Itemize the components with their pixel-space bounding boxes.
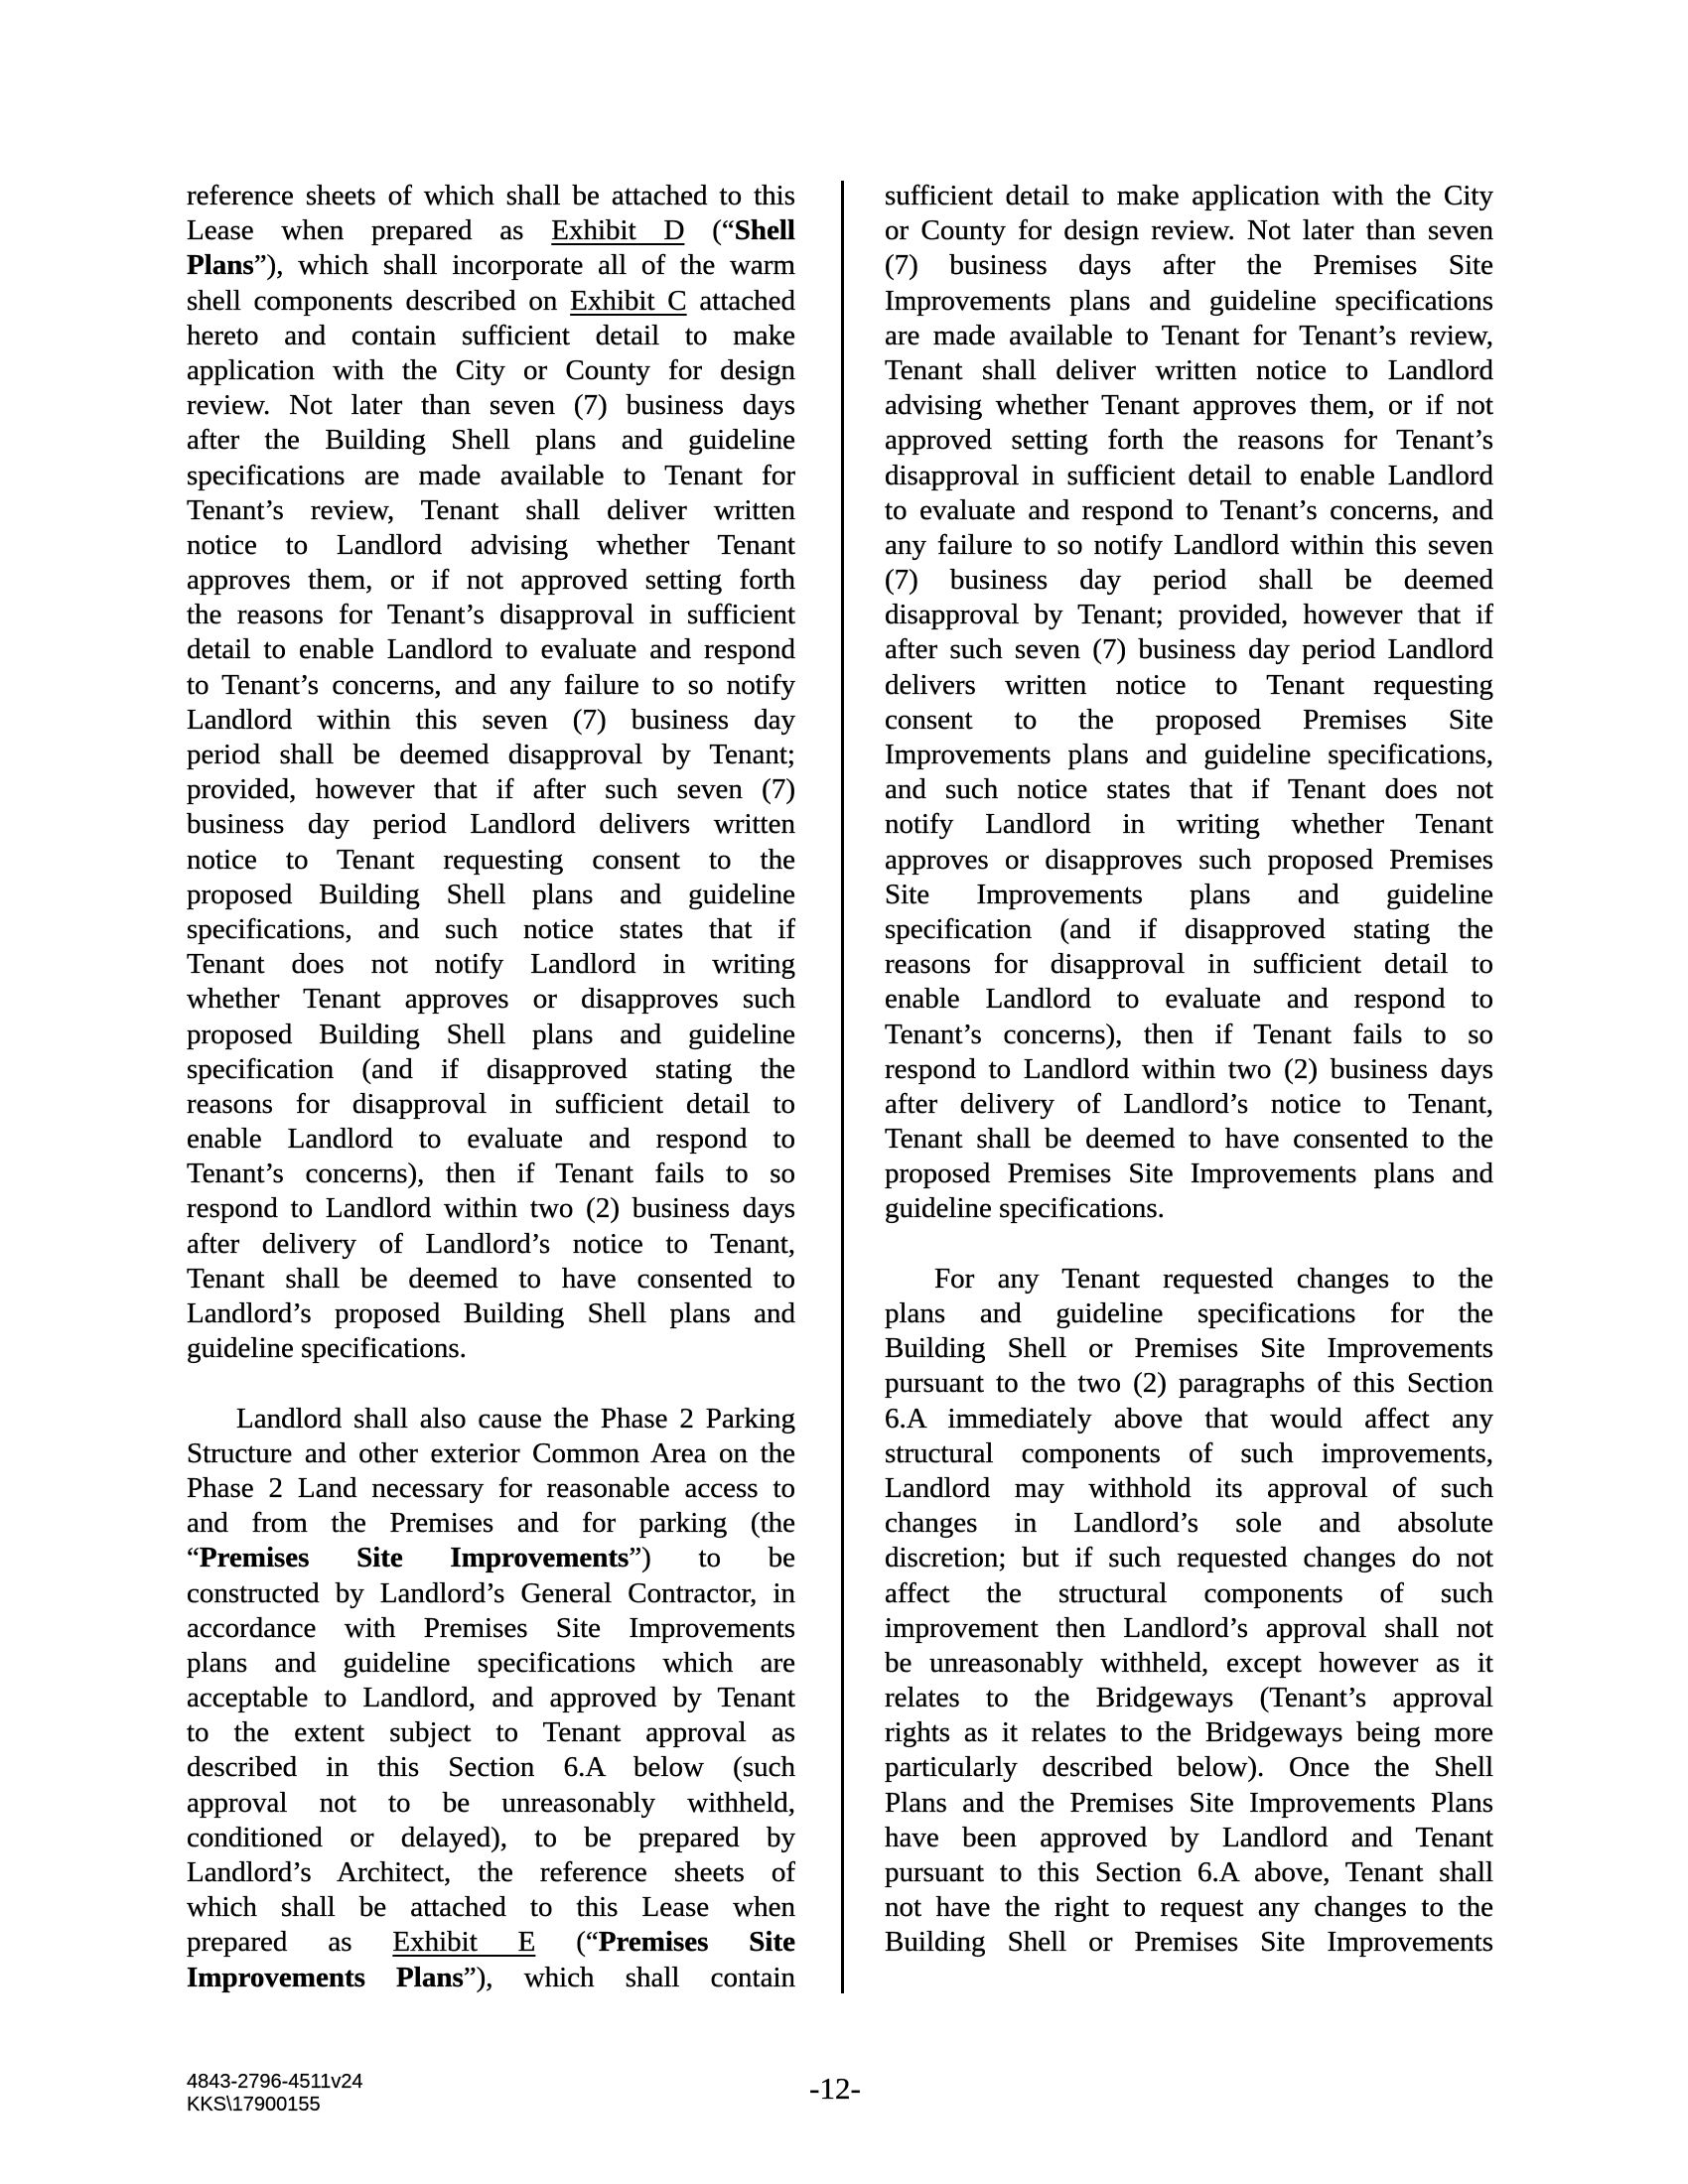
text-line: Site Improvements plans and guideline: [885, 878, 1493, 912]
text-line: approves or disapproves such proposed Pr…: [885, 843, 1493, 878]
text-segment: changes in Landlord’s sole and absolute: [885, 1507, 1493, 1539]
text-segment: Building Shell or Premises Site Improvem…: [885, 1926, 1493, 1958]
underlined-text: Exhibit D: [551, 214, 684, 246]
text-line: (7) business day period shall be deemed: [885, 563, 1493, 598]
text-line: be unreasonably withheld, except however…: [885, 1646, 1493, 1681]
text-line: review. Not later than seven (7) busines…: [187, 388, 795, 423]
text-segment: which shall be attached to this Lease wh…: [187, 1891, 795, 1923]
text-segment: Site Improvements plans and guideline: [885, 879, 1493, 910]
text-line: after such seven (7) business day period…: [885, 632, 1493, 667]
text-segment: reference sheets of which shall be attac…: [187, 180, 795, 211]
text-line: delivers written notice to Tenant reques…: [885, 668, 1493, 703]
text-segment: after the Building Shell plans and guide…: [187, 424, 795, 456]
text-segment: shell components described on: [187, 285, 570, 317]
text-segment: application with the City or County for …: [187, 354, 795, 386]
text-segment: provided, however that if after such sev…: [187, 773, 795, 805]
text-line: Improvements plans and guideline specifi…: [885, 284, 1493, 319]
text-line: constructed by Landlord’s General Contra…: [187, 1576, 795, 1611]
text-line: specification (and if disapproved statin…: [187, 1052, 795, 1087]
text-line: disapproval by Tenant; provided, however…: [885, 598, 1493, 632]
text-line: business day period Landlord delivers wr…: [187, 807, 795, 842]
text-line: Tenant shall be deemed to have consented…: [885, 1122, 1493, 1157]
text-line: Tenant’s concerns), then if Tenant fails…: [187, 1157, 795, 1191]
text-line: Landlord within this seven (7) business …: [187, 703, 795, 738]
text-segment: sufficient detail to make application wi…: [885, 180, 1493, 211]
page-number: -12-: [0, 2071, 1670, 2107]
text-segment: Landlord within this seven (7) business …: [187, 704, 795, 736]
text-line: notice to Tenant requesting consent to t…: [187, 843, 795, 878]
text-line: or County for design review. Not later t…: [885, 213, 1493, 248]
text-line: Tenant does not notify Landlord in writi…: [187, 947, 795, 982]
text-line: respond to Landlord within two (2) busin…: [187, 1191, 795, 1226]
text-line: after delivery of Landlord’s notice to T…: [187, 1227, 795, 1262]
text-segment: (7) business days after the Premises Sit…: [885, 249, 1493, 281]
text-segment: plans and guideline specifications for t…: [885, 1297, 1493, 1329]
text-segment: specification (and if disapproved statin…: [187, 1053, 795, 1085]
text-line: whether Tenant approves or disapproves s…: [187, 982, 795, 1017]
column-divider: [841, 181, 844, 1993]
text-segment: not have the right to request any change…: [885, 1891, 1493, 1923]
text-segment: whether Tenant approves or disapproves s…: [187, 983, 795, 1015]
text-segment: pursuant to the two (2) paragraphs of th…: [885, 1367, 1493, 1399]
text-line: Improvements plans and guideline specifi…: [885, 738, 1493, 772]
text-segment: disapproval in sufficient detail to enab…: [885, 460, 1493, 491]
text-line: specifications are made available to Ten…: [187, 459, 795, 493]
text-segment: Structure and other exterior Common Area…: [187, 1437, 795, 1469]
text-line: proposed Building Shell plans and guidel…: [187, 1018, 795, 1052]
text-line: Landlord’s Architect, the reference shee…: [187, 1855, 795, 1890]
paragraph: Landlord shall also cause the Phase 2 Pa…: [187, 1402, 795, 1995]
text-line: application with the City or County for …: [187, 353, 795, 388]
text-line: hereto and contain sufficient detail to …: [187, 319, 795, 353]
text-line: improvement then Landlord’s approval sha…: [885, 1611, 1493, 1646]
text-line: For any Tenant requested changes to the: [885, 1262, 1493, 1297]
text-line: Phase 2 Land necessary for reasonable ac…: [187, 1471, 795, 1506]
text-line: Building Shell or Premises Site Improvem…: [885, 1331, 1493, 1366]
text-line: to evaluate and respond to Tenant’s conc…: [885, 493, 1493, 528]
text-line: (7) business days after the Premises Sit…: [885, 248, 1493, 283]
text-line: guideline specifications.: [187, 1331, 795, 1366]
text-line: Building Shell or Premises Site Improvem…: [885, 1925, 1493, 1960]
bold-text: Premises Site: [599, 1926, 795, 1958]
text-segment: notice to Tenant requesting consent to t…: [187, 844, 795, 876]
text-segment: specifications, and such notice states t…: [187, 913, 795, 945]
text-segment: enable Landlord to evaluate and respond …: [187, 1123, 795, 1155]
text-segment: particularly described below). Once the …: [885, 1751, 1493, 1783]
text-segment: after delivery of Landlord’s notice to T…: [885, 1088, 1493, 1120]
text-segment: are made available to Tenant for Tenant’…: [885, 320, 1493, 351]
text-line: Improvements Plans”), which shall contai…: [187, 1961, 795, 1995]
text-line: acceptable to Landlord, and approved by …: [187, 1681, 795, 1715]
text-segment: (“: [535, 1926, 598, 1958]
text-segment: respond to Landlord within two (2) busin…: [187, 1192, 795, 1224]
text-segment: proposed Premises Site Improvements plan…: [885, 1158, 1493, 1189]
text-line: 6.A immediately above that would affect …: [885, 1402, 1493, 1436]
bold-text: Premises Site Improvements: [200, 1542, 629, 1573]
text-line: which shall be attached to this Lease wh…: [187, 1890, 795, 1925]
text-line: proposed Premises Site Improvements plan…: [885, 1157, 1493, 1191]
text-segment: (7) business day period shall be deemed: [885, 564, 1493, 596]
right-column: sufficient detail to make application wi…: [885, 179, 1493, 1961]
text-segment: approves or disapproves such proposed Pr…: [885, 844, 1493, 876]
document-page: reference sheets of which shall be attac…: [0, 0, 1688, 2184]
text-segment: Landlord shall also cause the Phase 2 Pa…: [236, 1403, 795, 1434]
text-line: specifications, and such notice states t…: [187, 912, 795, 947]
text-segment: conditioned or delayed), to be prepared …: [187, 1822, 795, 1853]
text-segment: have been approved by Landlord and Tenan…: [885, 1822, 1493, 1853]
text-segment: after delivery of Landlord’s notice to T…: [187, 1228, 795, 1260]
text-segment: rights as it relates to the Bridgeways b…: [885, 1716, 1493, 1748]
text-segment: For any Tenant requested changes to the: [934, 1263, 1493, 1295]
text-segment: Tenant shall be deemed to have consented…: [885, 1123, 1493, 1155]
text-segment: pursuant to this Section 6.A above, Tena…: [885, 1856, 1493, 1888]
text-segment: delivers written notice to Tenant reques…: [885, 669, 1493, 701]
text-line: to the extent subject to Tenant approval…: [187, 1715, 795, 1750]
text-segment: approves them, or if not approved settin…: [187, 564, 795, 596]
text-line: changes in Landlord’s sole and absolute: [885, 1506, 1493, 1541]
text-line: guideline specifications.: [885, 1191, 1493, 1226]
text-segment: notice to Landlord advising whether Tena…: [187, 529, 795, 561]
text-segment: described in this Section 6.A below (suc…: [187, 1751, 795, 1783]
text-line: discretion; but if such requested change…: [885, 1541, 1493, 1575]
text-segment: Landlord’s Architect, the reference shee…: [187, 1856, 795, 1888]
text-segment: constructed by Landlord’s General Contra…: [187, 1577, 795, 1609]
text-segment: to Tenant’s concerns, and any failure to…: [187, 669, 795, 701]
text-segment: Lease when prepared as: [187, 214, 551, 246]
text-line: conditioned or delayed), to be prepared …: [187, 1821, 795, 1855]
text-segment: approved setting forth the reasons for T…: [885, 424, 1493, 456]
text-segment: after such seven (7) business day period…: [885, 633, 1493, 665]
text-line: shell components described on Exhibit C …: [187, 284, 795, 319]
text-line: relates to the Bridgeways (Tenant’s appr…: [885, 1681, 1493, 1715]
text-segment: structural components of such improvemen…: [885, 1437, 1493, 1469]
text-segment: and from the Premises and for parking (t…: [187, 1507, 795, 1539]
text-segment: be unreasonably withheld, except however…: [885, 1647, 1493, 1679]
text-line: after the Building Shell plans and guide…: [187, 423, 795, 458]
text-segment: to the extent subject to Tenant approval…: [187, 1716, 795, 1748]
text-segment: improvement then Landlord’s approval sha…: [885, 1612, 1493, 1644]
text-line: Tenant’s review, Tenant shall deliver wr…: [187, 493, 795, 528]
text-line: Structure and other exterior Common Area…: [187, 1436, 795, 1471]
text-segment: discretion; but if such requested change…: [885, 1542, 1493, 1573]
text-line: structural components of such improvemen…: [885, 1436, 1493, 1471]
text-line: have been approved by Landlord and Tenan…: [885, 1821, 1493, 1855]
text-segment: Plans and the Premises Site Improvements…: [885, 1787, 1493, 1819]
text-segment: respond to Landlord within two (2) busin…: [885, 1053, 1493, 1085]
text-line: any failure to so notify Landlord within…: [885, 528, 1493, 563]
text-segment: acceptable to Landlord, and approved by …: [187, 1682, 795, 1713]
text-line: approves them, or if not approved settin…: [187, 563, 795, 598]
text-segment: approval not to be unreasonably withheld…: [187, 1787, 795, 1819]
paragraph: reference sheets of which shall be attac…: [187, 179, 795, 1366]
text-segment: ”), which shall incorporate all of the w…: [254, 249, 795, 281]
text-line: provided, however that if after such sev…: [187, 772, 795, 807]
bold-text: Improvements Plans: [187, 1962, 464, 1993]
text-segment: guideline specifications.: [885, 1192, 1165, 1224]
bold-text: Shell: [735, 214, 795, 246]
text-line: period shall be deemed disapproval by Te…: [187, 738, 795, 772]
text-segment: review. Not later than seven (7) busines…: [187, 389, 795, 421]
text-line: rights as it relates to the Bridgeways b…: [885, 1715, 1493, 1750]
text-segment: specification (and if disapproved statin…: [885, 913, 1493, 945]
text-segment: Tenant’s review, Tenant shall deliver wr…: [187, 494, 795, 526]
text-line: pursuant to the two (2) paragraphs of th…: [885, 1366, 1493, 1401]
text-line: specification (and if disapproved statin…: [885, 912, 1493, 947]
text-segment: detail to enable Landlord to evaluate an…: [187, 633, 795, 665]
text-segment: Tenant’s concerns), then if Tenant fails…: [885, 1019, 1493, 1050]
paragraph: For any Tenant requested changes to thep…: [885, 1262, 1493, 1961]
text-line: prepared as Exhibit E (“Premises Site: [187, 1925, 795, 1960]
text-segment: proposed Building Shell plans and guidel…: [187, 879, 795, 910]
text-line: advising whether Tenant approves them, o…: [885, 388, 1493, 423]
text-line: and from the Premises and for parking (t…: [187, 1506, 795, 1541]
text-segment: the reasons for Tenant’s disapproval in …: [187, 599, 795, 630]
text-segment: affect the structural components of such: [885, 1577, 1493, 1609]
text-segment: accordance with Premises Site Improvemen…: [187, 1612, 795, 1644]
text-line: Landlord may withhold its approval of su…: [885, 1471, 1493, 1506]
text-segment: guideline specifications.: [187, 1332, 467, 1364]
text-segment: Improvements plans and guideline specifi…: [885, 739, 1493, 770]
text-line: notify Landlord in writing whether Tenan…: [885, 807, 1493, 842]
text-segment: ”), which shall contain: [464, 1962, 795, 1993]
text-line: reasons for disapproval in sufficient de…: [885, 947, 1493, 982]
text-segment: enable Landlord to evaluate and respond …: [885, 983, 1493, 1015]
text-segment: prepared as: [187, 1926, 392, 1958]
text-segment: Tenant shall deliver written notice to L…: [885, 354, 1493, 386]
text-line: disapproval in sufficient detail to enab…: [885, 459, 1493, 493]
text-line: consent to the proposed Premises Site: [885, 703, 1493, 738]
underlined-text: Exhibit E: [392, 1926, 535, 1958]
text-line: reasons for disapproval in sufficient de…: [187, 1087, 795, 1122]
text-segment: or County for design review. Not later t…: [885, 214, 1493, 246]
underlined-text: Exhibit C: [570, 285, 687, 317]
text-line: Plans”), which shall incorporate all of …: [187, 248, 795, 283]
text-segment: advising whether Tenant approves them, o…: [885, 389, 1493, 421]
text-line: pursuant to this Section 6.A above, Tena…: [885, 1855, 1493, 1890]
text-segment: any failure to so notify Landlord within…: [885, 529, 1493, 561]
text-line: Tenant shall be deemed to have consented…: [187, 1262, 795, 1297]
text-segment: notify Landlord in writing whether Tenan…: [885, 808, 1493, 840]
text-line: to Tenant’s concerns, and any failure to…: [187, 668, 795, 703]
text-segment: “: [187, 1542, 200, 1573]
text-segment: reasons for disapproval in sufficient de…: [885, 948, 1493, 980]
text-line: plans and guideline specifications for t…: [885, 1297, 1493, 1331]
text-line: sufficient detail to make application wi…: [885, 179, 1493, 213]
text-segment: Tenant shall be deemed to have consented…: [187, 1263, 795, 1295]
text-line: approval not to be unreasonably withheld…: [187, 1786, 795, 1821]
text-line: particularly described below). Once the …: [885, 1750, 1493, 1785]
text-segment: Tenant does not notify Landlord in writi…: [187, 948, 795, 980]
left-column: reference sheets of which shall be attac…: [187, 179, 795, 1995]
text-line: respond to Landlord within two (2) busin…: [885, 1052, 1493, 1087]
text-line: described in this Section 6.A below (suc…: [187, 1750, 795, 1785]
text-line: and such notice states that if Tenant do…: [885, 772, 1493, 807]
text-line: Plans and the Premises Site Improvements…: [885, 1786, 1493, 1821]
text-segment: period shall be deemed disapproval by Te…: [187, 739, 795, 770]
text-line: enable Landlord to evaluate and respond …: [187, 1122, 795, 1157]
text-segment: ”) to be: [629, 1542, 795, 1573]
text-line: Landlord shall also cause the Phase 2 Pa…: [187, 1402, 795, 1436]
text-segment: Landlord’s proposed Building Shell plans…: [187, 1297, 795, 1329]
text-segment: Building Shell or Premises Site Improvem…: [885, 1332, 1493, 1364]
text-line: “Premises Site Improvements”) to be: [187, 1541, 795, 1575]
paragraph: sufficient detail to make application wi…: [885, 179, 1493, 1227]
text-segment: plans and guideline specifications which…: [187, 1647, 795, 1679]
text-line: enable Landlord to evaluate and respond …: [885, 982, 1493, 1017]
text-segment: Phase 2 Land necessary for reasonable ac…: [187, 1472, 795, 1504]
text-segment: consent to the proposed Premises Site: [885, 704, 1493, 736]
text-segment: reasons for disapproval in sufficient de…: [187, 1088, 795, 1120]
text-line: proposed Building Shell plans and guidel…: [187, 878, 795, 912]
text-segment: Landlord may withhold its approval of su…: [885, 1472, 1493, 1504]
text-line: Lease when prepared as Exhibit D (“Shell: [187, 213, 795, 248]
text-segment: Improvements plans and guideline specifi…: [885, 285, 1493, 317]
text-segment: relates to the Bridgeways (Tenant’s appr…: [885, 1682, 1493, 1713]
text-line: after delivery of Landlord’s notice to T…: [885, 1087, 1493, 1122]
text-line: not have the right to request any change…: [885, 1890, 1493, 1925]
bold-text: Plans: [187, 249, 254, 281]
text-segment: (“: [684, 214, 734, 246]
text-segment: to evaluate and respond to Tenant’s conc…: [885, 494, 1493, 526]
text-segment: business day period Landlord delivers wr…: [187, 808, 795, 840]
text-segment: hereto and contain sufficient detail to …: [187, 320, 795, 351]
text-line: the reasons for Tenant’s disapproval in …: [187, 598, 795, 632]
text-segment: 6.A immediately above that would affect …: [885, 1403, 1493, 1434]
text-segment: disapproval by Tenant; provided, however…: [885, 599, 1493, 630]
text-line: affect the structural components of such: [885, 1576, 1493, 1611]
text-segment: specifications are made available to Ten…: [187, 460, 795, 491]
text-segment: and such notice states that if Tenant do…: [885, 773, 1493, 805]
text-line: Landlord’s proposed Building Shell plans…: [187, 1297, 795, 1331]
text-line: plans and guideline specifications which…: [187, 1646, 795, 1681]
text-line: notice to Landlord advising whether Tena…: [187, 528, 795, 563]
text-line: are made available to Tenant for Tenant’…: [885, 319, 1493, 353]
text-line: Tenant shall deliver written notice to L…: [885, 353, 1493, 388]
text-line: accordance with Premises Site Improvemen…: [187, 1611, 795, 1646]
text-line: detail to enable Landlord to evaluate an…: [187, 632, 795, 667]
text-segment: Tenant’s concerns), then if Tenant fails…: [187, 1158, 795, 1189]
text-segment: attached: [687, 285, 795, 317]
text-line: reference sheets of which shall be attac…: [187, 179, 795, 213]
text-segment: proposed Building Shell plans and guidel…: [187, 1019, 795, 1050]
text-line: approved setting forth the reasons for T…: [885, 423, 1493, 458]
text-line: Tenant’s concerns), then if Tenant fails…: [885, 1018, 1493, 1052]
